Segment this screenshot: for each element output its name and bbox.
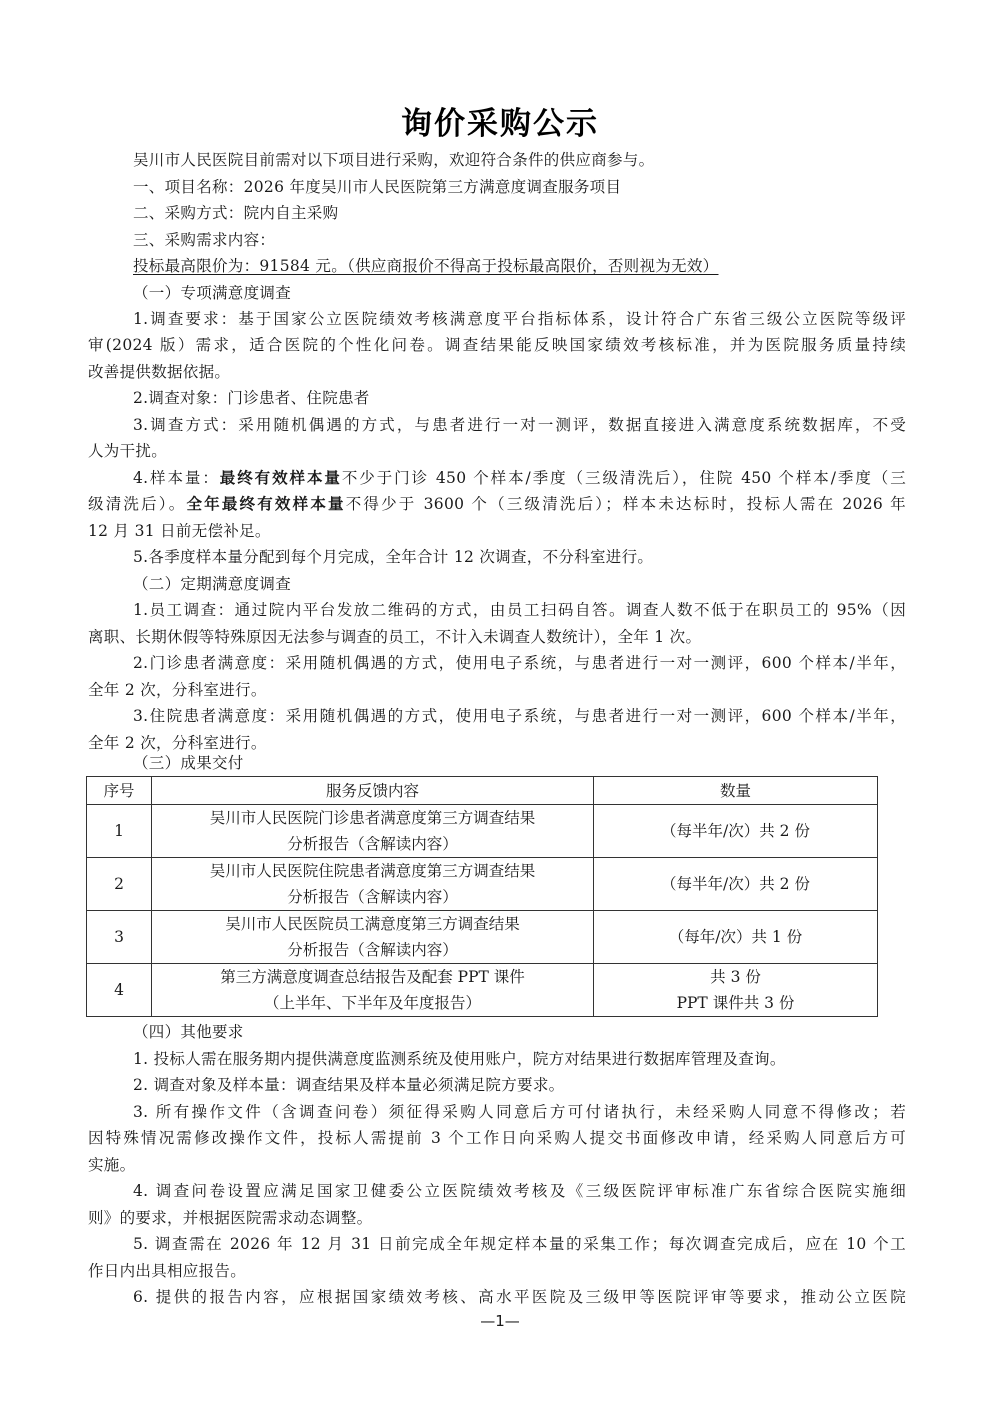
content-line: 吴川市人民医院门诊患者满意度第三方调查结果 — [152, 805, 593, 831]
section1-item4-line3: 12 月 31 日前无偿补足。 — [88, 520, 271, 542]
table-row: 4 第三方满意度调查总结报告及配套 PPT 课件（上半年、下半年及年度报告） 共… — [87, 964, 878, 1017]
section4-item6-line1: 6. 提供的报告内容，应根据国家绩效考核、高水平医院及三级甲等医院评审等要求，推… — [133, 1286, 906, 1308]
row-content: 吴川市人民医院住院患者满意度第三方调查结果分析报告（含解读内容） — [152, 858, 594, 911]
section1-item1-line3: 改善提供数据依据。 — [88, 361, 230, 383]
header-content: 服务反馈内容 — [152, 777, 594, 805]
quantity-line: PPT 课件共 3 份 — [594, 990, 877, 1016]
section2-item3-line2: 全年 2 次，分科室进行。 — [88, 732, 267, 754]
section1-item2: 2.调查对象：门诊患者、住院患者 — [133, 387, 370, 409]
section1-item3-line2: 人为干扰。 — [88, 440, 167, 462]
header-quantity: 数量 — [594, 777, 878, 805]
section2-item3-line1: 3.住院患者满意度：采用随机偶遇的方式，使用电子系统，与患者进行一对一测评，60… — [133, 705, 906, 727]
section1-item4-line2: 级清洗后）。全年最终有效样本量不得少于 3600 个（三级清洗后）；样本未达标时… — [88, 493, 906, 515]
text-segment: 级清洗后）。 — [88, 495, 186, 513]
section4-item5-line2: 作日内出具相应报告。 — [88, 1260, 246, 1282]
content-line: 分析报告（含解读内容） — [152, 937, 593, 963]
table-header-row: 序号 服务反馈内容 数量 — [87, 777, 878, 805]
table-row: 1 吴川市人民医院门诊患者满意度第三方调查结果分析报告（含解读内容） （每半年/… — [87, 805, 878, 858]
section4-item5-line1: 5. 调查需在 2026 年 12 月 31 日前完成全年规定样本量的采集工作；… — [133, 1233, 906, 1255]
section4-item1: 1. 投标人需在服务期内提供满意度监测系统及使用账户，院方对结果进行数据库管理及… — [133, 1048, 786, 1070]
content-line: 分析报告（含解读内容） — [152, 831, 593, 857]
deliverables-table: 序号 服务反馈内容 数量 1 吴川市人民医院门诊患者满意度第三方调查结果分析报告… — [86, 776, 878, 1017]
quantity-line: 共 3 份 — [594, 964, 877, 990]
row-serial: 2 — [87, 858, 152, 911]
header-serial: 序号 — [87, 777, 152, 805]
section1-item5: 5.各季度样本量分配到每个月完成，全年合计 12 次调查，不分科室进行。 — [133, 546, 653, 568]
content-line: 吴川市人民医院员工满意度第三方调查结果 — [152, 911, 593, 937]
row-quantity: （每年/次）共 1 份 — [594, 911, 878, 964]
text-segment: 不少于门诊 450 个样本/季度（三级清洗后），住院 450 个样本/季度（三 — [342, 469, 906, 487]
text-segment: 不得少于 3600 个（三级清洗后）；样本未达标时，投标人需在 2026 年 — [346, 495, 906, 513]
section2-item1-line1: 1.员工调查：通过院内平台发放二维码的方式，由员工扫码自答。调查人数不低于在职员… — [133, 599, 906, 621]
content-line: 分析报告（含解读内容） — [152, 884, 593, 910]
content-line: （上半年、下半年及年度报告） — [152, 990, 593, 1016]
row-quantity: （每半年/次）共 2 份 — [594, 858, 878, 911]
section2-item1-line2: 离职、长期休假等特殊原因无法参与调查的员工，不计入未调查人数统计），全年 1 次… — [88, 626, 701, 648]
intro-text: 吴川市人民医院目前需对以下项目进行采购，欢迎符合条件的供应商参与。 — [133, 149, 654, 171]
section1-item4-line1: 4.样本量：最终有效样本量不少于门诊 450 个样本/季度（三级清洗后），住院 … — [133, 467, 906, 489]
table-row: 3 吴川市人民医院员工满意度第三方调查结果分析报告（含解读内容） （每年/次）共… — [87, 911, 878, 964]
section2-item2-line1: 2.门诊患者满意度：采用随机偶遇的方式，使用电子系统，与患者进行一对一测评，60… — [133, 652, 906, 674]
section4-item4-line1: 4. 调查问卷设置应满足国家卫健委公立医院绩效考核及《三级医院评审标准广东省综合… — [133, 1180, 906, 1202]
section1-item1-line1: 1.调查要求：基于国家公立医院绩效考核满意度平台指标体系，设计符合广东省三级公立… — [133, 308, 906, 330]
section4-item3-line2: 因特殊情况需修改操作文件，投标人需提前 3 个工作日向采购人提交书面修改申请，经… — [88, 1127, 906, 1149]
section1-item3-line1: 3.调查方式：采用随机偶遇的方式，与患者进行一对一测评，数据直接进入满意度系统数… — [133, 414, 906, 436]
project-name: 一、项目名称：2026 年度吴川市人民医院第三方满意度调查服务项目 — [133, 176, 621, 198]
row-serial: 1 — [87, 805, 152, 858]
section2-item2-line2: 全年 2 次，分科室进行。 — [88, 679, 267, 701]
row-quantity: （每半年/次）共 2 份 — [594, 805, 878, 858]
section4-item4-line2: 则》的要求，并根据医院需求动态调整。 — [88, 1207, 372, 1229]
bold-segment: 全年最终有效样本量 — [186, 494, 345, 513]
row-content: 吴川市人民医院门诊患者满意度第三方调查结果分析报告（含解读内容） — [152, 805, 594, 858]
row-content: 第三方满意度调查总结报告及配套 PPT 课件（上半年、下半年及年度报告） — [152, 964, 594, 1017]
requirements-heading: 三、采购需求内容： — [133, 229, 275, 251]
page-number: —1— — [0, 1312, 1000, 1330]
section1-item1-line2: 审(2024 版）需求，适合医院的个性化问卷。调查结果能反映国家绩效考核标准，并… — [88, 334, 906, 356]
table-row: 2 吴川市人民医院住院患者满意度第三方调查结果分析报告（含解读内容） （每半年/… — [87, 858, 878, 911]
section4-heading: （四）其他要求 — [133, 1021, 244, 1043]
max-price-notice: 投标最高限价为：91584 元。（供应商报价不得高于投标最高限价，否则视为无效） — [133, 255, 719, 277]
row-serial: 4 — [87, 964, 152, 1017]
page-title: 询价采购公示 — [0, 98, 1000, 143]
content-line: 第三方满意度调查总结报告及配套 PPT 课件 — [152, 964, 593, 990]
section4-item3-line1: 3. 所有操作文件（含调查问卷）须征得采购人同意后方可付诸执行，未经采购人同意不… — [133, 1101, 906, 1123]
section1-heading: （一）专项满意度调查 — [133, 282, 291, 304]
procurement-method: 二、采购方式：院内自主采购 — [133, 202, 338, 224]
section4-item2: 2. 调查对象及样本量：调查结果及样本量必须满足院方要求。 — [133, 1074, 564, 1096]
row-content: 吴川市人民医院员工满意度第三方调查结果分析报告（含解读内容） — [152, 911, 594, 964]
row-quantity: 共 3 份PPT 课件共 3 份 — [594, 964, 878, 1017]
content-line: 吴川市人民医院住院患者满意度第三方调查结果 — [152, 858, 593, 884]
section2-heading: （二）定期满意度调查 — [133, 573, 291, 595]
bold-segment: 最终有效样本量 — [220, 468, 342, 487]
text-segment: 4.样本量： — [133, 469, 220, 487]
section4-item3-line3: 实施。 — [88, 1154, 135, 1176]
section3-heading: （三）成果交付 — [133, 752, 244, 774]
row-serial: 3 — [87, 911, 152, 964]
